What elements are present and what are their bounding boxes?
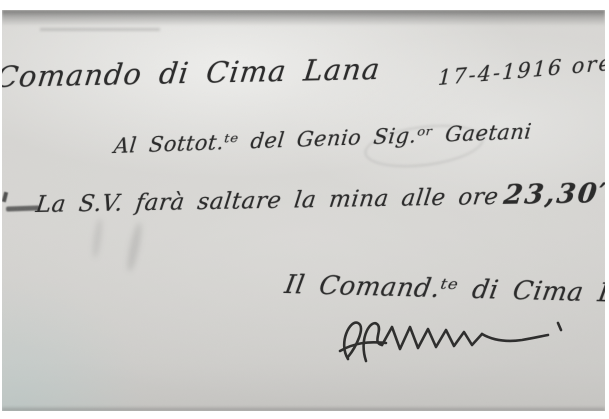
- signature-scrawl: [338, 313, 566, 365]
- photo-top-edge-shadow: [2, 10, 605, 26]
- signature-title-text: Il Comand.ᵗᵉ di Cima Lana: [282, 270, 605, 310]
- photo-bottom-edge-shadow: [2, 406, 605, 411]
- scrawl-stroke: [382, 327, 482, 349]
- document-photo: Comando di Cima Lana 17-4-1916 ore Al So…: [2, 10, 605, 411]
- ink-smear: [91, 218, 103, 259]
- order-time-text: 23,30′: [502, 178, 605, 211]
- scrawl-apostrophe: [558, 323, 561, 330]
- date-text: 17-4-1916 ore: [437, 51, 605, 90]
- ink-smear: [125, 222, 144, 273]
- line-order: La S.V. farà saltare la mina alle ore23,…: [36, 177, 605, 219]
- ink-tick-mark: [2, 192, 8, 203]
- line-command-header: Comando di Cima Lana: [2, 52, 381, 94]
- addressee-text: Al Sottot.ᵗᵉ del Genio Sig.ᵒʳ Gaetani: [113, 119, 533, 158]
- scanned-document-page: Comando di Cima Lana 17-4-1916 ore Al So…: [0, 0, 609, 419]
- command-header-text: Comando di Cima Lana: [2, 52, 382, 94]
- order-text: La S.V. farà saltare la mina alle ore: [34, 184, 500, 218]
- line-signature-title: Il Comand.ᵗᵉ di Cima Lana: [285, 270, 605, 310]
- faint-pencil-streak: [40, 28, 160, 31]
- scrawl-stroke: [482, 334, 548, 341]
- line-date: 17-4-1916 ore: [437, 51, 605, 90]
- line-addressee: Al Sottot.ᵗᵉ del Genio Sig.ᵒʳ Gaetani: [114, 119, 533, 158]
